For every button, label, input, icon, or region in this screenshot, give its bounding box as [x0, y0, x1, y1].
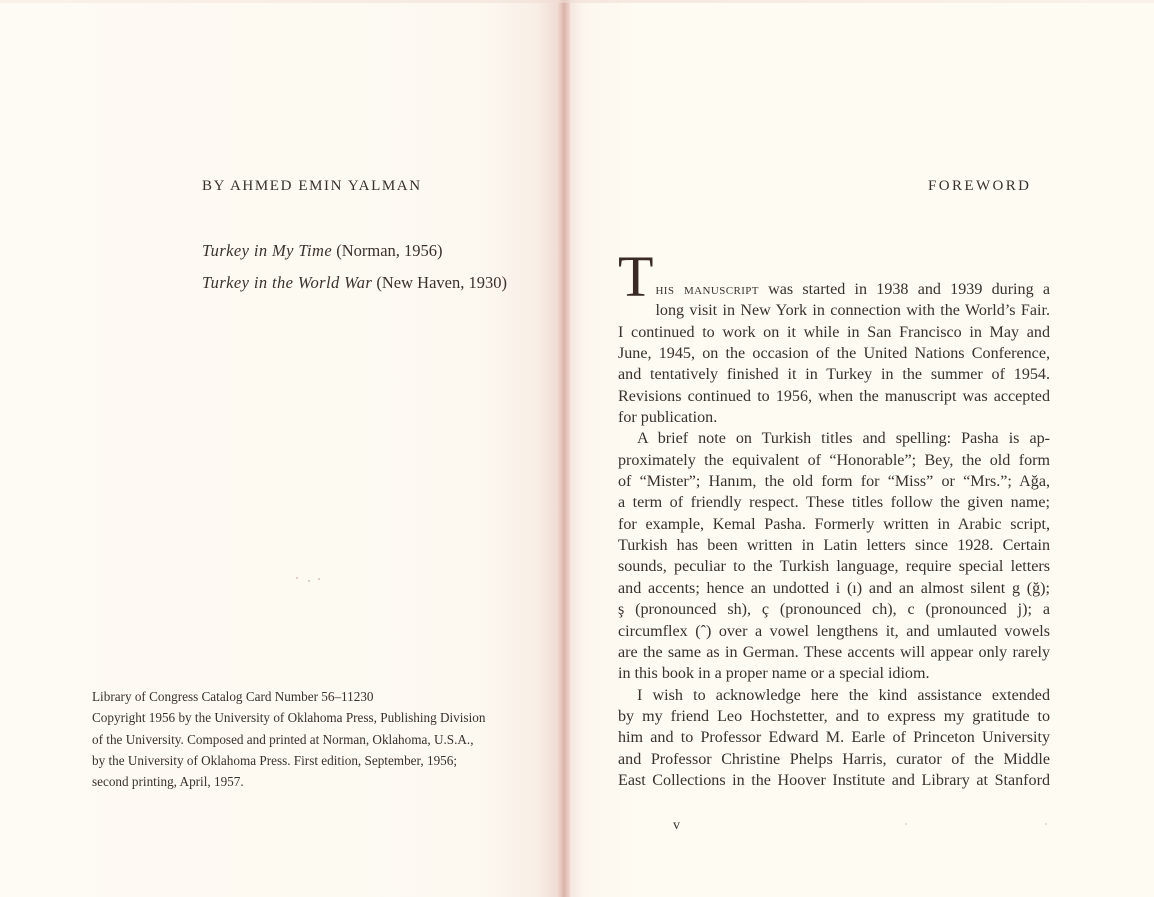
paper-speck	[905, 823, 907, 825]
paper-speck	[318, 578, 320, 580]
text-line: a term of friendly respect. These titles…	[618, 492, 1050, 513]
paragraph: I wish to acknowledge here the kind assi…	[618, 685, 1050, 792]
text-line: East Collections in the Hoover Institute…	[618, 770, 1050, 791]
paper-speck	[308, 580, 310, 582]
text-line: ş (pronounced sh), ç (pronounced ch), c …	[618, 599, 1050, 620]
text-line: and tentatively finished it in Turkey in…	[618, 364, 1050, 385]
text-line: in this book in a proper name or a speci…	[618, 663, 1050, 684]
copyright-imprint: Library of Congress Catalog Card Number …	[92, 686, 532, 792]
book-spread: BY AHMED EMIN YALMAN Turkey in My Time (…	[0, 0, 1154, 897]
work-title: Turkey in My Time	[202, 241, 332, 260]
imprint-line: of the University. Composed and printed …	[92, 729, 532, 750]
work-title: Turkey in the World War	[202, 273, 372, 292]
paragraph: T his manuscript was started in 1938 and…	[618, 250, 1050, 428]
paragraph: A brief note on Turkish titles and spell…	[618, 428, 1050, 684]
text-line: A brief note on Turkish titles and spell…	[618, 428, 1050, 449]
work-item: Turkey in the World War (New Haven, 1930…	[202, 267, 507, 299]
text-line: for publication.	[618, 407, 1050, 428]
other-works-list: Turkey in My Time (Norman, 1956) Turkey …	[202, 235, 507, 299]
work-item: Turkey in My Time (Norman, 1956)	[202, 235, 507, 267]
text-line: I continued to work on it while in San F…	[618, 322, 1050, 343]
text-line: and Professor Christine Phelps Harris, c…	[618, 749, 1050, 770]
paper-speck	[1045, 823, 1047, 825]
text-line: Revisions continued to 1956, when the ma…	[618, 386, 1050, 407]
foreword-body: T his manuscript was started in 1938 and…	[618, 250, 1050, 791]
text-line: his manuscript was started in 1938 and 1…	[618, 250, 1050, 300]
imprint-line: Copyright 1956 by the University of Okla…	[92, 707, 532, 728]
drop-cap: T	[618, 252, 653, 302]
work-detail: (New Haven, 1930)	[372, 273, 507, 292]
paper-speck	[296, 577, 298, 579]
text-line: for example, Kemal Pasha. Formerly writt…	[618, 514, 1050, 535]
text-line: I wish to acknowledge here the kind assi…	[618, 685, 1050, 706]
text-line: June, 1945, on the occasion of the Unite…	[618, 343, 1050, 364]
lead-smallcaps: his manuscript	[655, 281, 758, 298]
imprint-line: second printing, April, 1957.	[92, 771, 532, 792]
page-number: v	[673, 818, 680, 834]
author-byline: BY AHMED EMIN YALMAN	[202, 178, 422, 195]
text-line: circumflex (ˆ) over a vowel lengthens it…	[618, 621, 1050, 642]
book-gutter	[556, 0, 570, 897]
imprint-line: Library of Congress Catalog Card Number …	[92, 686, 532, 707]
page-top-edge	[0, 0, 1154, 3]
text-line: and accents; hence an undotted i (ı) and…	[618, 578, 1050, 599]
page-heading: FOREWORD	[928, 178, 1031, 195]
text-line: Turkish has been written in Latin letter…	[618, 535, 1050, 556]
imprint-line: by the University of Oklahoma Press. Fir…	[92, 750, 532, 771]
text-line: of “Mister”; Hanım, the old form for “Mi…	[618, 471, 1050, 492]
text-line: long visit in New York in connection wit…	[618, 300, 1050, 321]
text-line: proximately the equivalent of “Honorable…	[618, 450, 1050, 471]
text-line: are the same as in German. These accents…	[618, 642, 1050, 663]
text-line: him and to Professor Edward M. Earle of …	[618, 727, 1050, 748]
text-line: sounds, peculiar to the Turkish language…	[618, 556, 1050, 577]
work-detail: (Norman, 1956)	[332, 241, 442, 260]
text-line: by my friend Leo Hochstetter, and to exp…	[618, 706, 1050, 727]
